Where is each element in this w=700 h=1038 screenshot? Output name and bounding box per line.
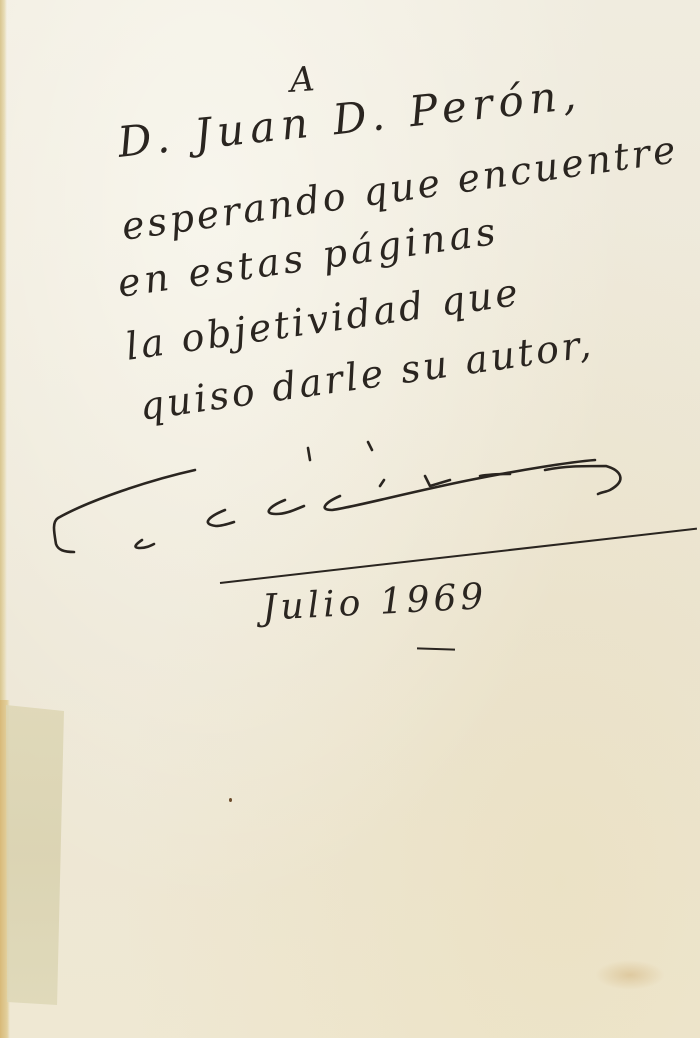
date: Julio 1969 bbox=[261, 576, 488, 629]
dedication-line-1: A bbox=[289, 59, 317, 101]
foxing-stain bbox=[595, 960, 665, 990]
adhesive-tape-strip bbox=[6, 705, 64, 1005]
date-underline bbox=[417, 647, 455, 650]
paper-page: A D. Juan D. Perón, esperando que encuen… bbox=[0, 0, 700, 1038]
ink-speck bbox=[229, 798, 232, 802]
